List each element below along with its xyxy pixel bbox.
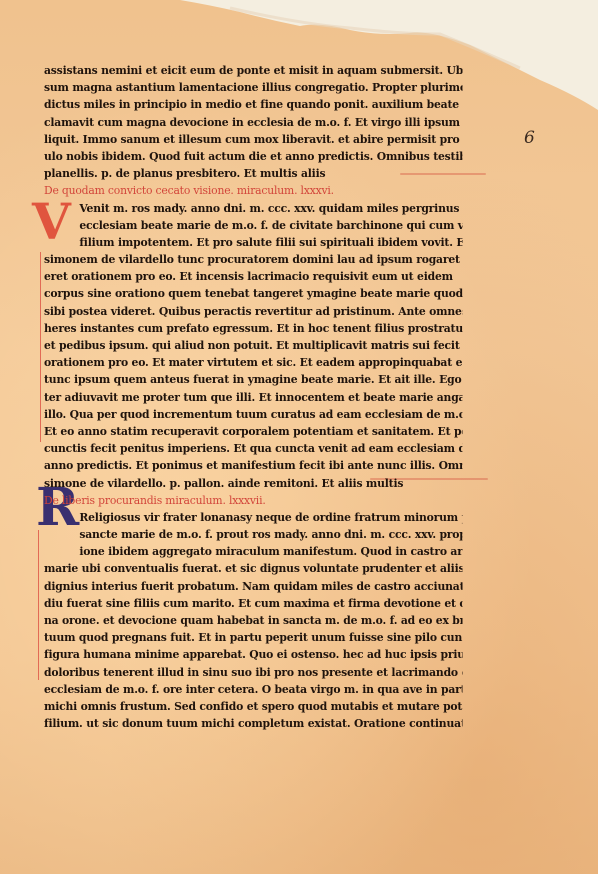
text-line: orationem pro eo. Et mater virtutem et s… bbox=[44, 354, 463, 371]
text-line: doloribus tenerent illud in sinu suo ibi… bbox=[44, 664, 463, 681]
text-line: liquit. Immo sanum et illesum cum mox li… bbox=[44, 131, 463, 148]
text-line: heres instantes cum prefato egressum. Et… bbox=[44, 320, 463, 337]
text-line: ulo nobis ibidem. Quod fuit actum die et… bbox=[44, 148, 463, 165]
text-line: sancte marie de m.o. f. prout ros mady. … bbox=[44, 526, 463, 543]
red-marginal-flourish-lower bbox=[38, 530, 39, 680]
text-line: clamavit cum magna devocione in ecclesia… bbox=[44, 114, 463, 131]
text-line: dignius interius fuerit probatum. Nam qu… bbox=[44, 578, 463, 595]
text-line: simonem de vilardello tunc procuratorem … bbox=[44, 251, 463, 268]
text-line: planellis. p. de planus presbitero. Et m… bbox=[44, 165, 463, 182]
text-line: anno predictis. Et ponimus et manifestiu… bbox=[44, 457, 463, 474]
red-marginal-flourish bbox=[40, 252, 41, 442]
text-line: dictus miles in principio in medio et fi… bbox=[44, 96, 463, 113]
text-line: ecclesiam de m.o. f. ore inter cetera. O… bbox=[44, 681, 463, 698]
text-line: ione ibidem aggregato miraculum manifest… bbox=[44, 543, 463, 560]
text-line: Venit m. ros mady. anno dni. m. ccc. xxv… bbox=[44, 200, 463, 217]
text-line: michi omnis frustum. Sed confido et sper… bbox=[44, 698, 463, 715]
text-line: ter adiuvavit me proter tum que illi. Et… bbox=[44, 389, 463, 406]
rubric-heading: De quodam convicto cecato visione. mirac… bbox=[44, 182, 463, 199]
text-line: assistans nemini et eicit eum de ponte e… bbox=[44, 62, 463, 79]
text-line: na orone. et devocione quam habebat in s… bbox=[44, 612, 463, 629]
text-line: marie ubi conventualis fuerat. et sic di… bbox=[44, 560, 463, 577]
parchment-page: 6 V R assistans nemini et eicit eum de p… bbox=[0, 0, 598, 874]
text-line: eret orationem pro eo. Et incensis lacri… bbox=[44, 268, 463, 285]
text-line: illo. Qua per quod incrementum tuum cura… bbox=[44, 406, 463, 423]
text-line: diu fuerat sine filiis cum marito. Et cu… bbox=[44, 595, 463, 612]
text-line: figura humana minime apparebat. Quo ei o… bbox=[44, 646, 463, 663]
text-line: tuum quod pregnans fuit. Et in partu pep… bbox=[44, 629, 463, 646]
text-line: cunctis fecit penitus imperiens. Et qua … bbox=[44, 440, 463, 457]
text-line: Et eo anno statim recuperavit corporalem… bbox=[44, 423, 463, 440]
rubric-heading: De liberis procurandis miraculum. lxxxvi… bbox=[44, 492, 463, 509]
text-line: sum magna astantium lamentacione illius … bbox=[44, 79, 463, 96]
manuscript-text-block: assistans nemini et eicit eum de ponte e… bbox=[44, 62, 494, 732]
text-line: simone de vilardello. p. pallon. ainde r… bbox=[44, 475, 463, 492]
text-line: ecclesiam beate marie de m.o. f. de civi… bbox=[44, 217, 463, 234]
text-line: et pedibus ipsum. qui aliud non potuit. … bbox=[44, 337, 463, 354]
text-line: sibi postea videret. Quibus peractis rev… bbox=[44, 303, 463, 320]
text-line: filium impotentem. Et pro salute filii s… bbox=[44, 234, 463, 251]
text-line: Religiosus vir frater lonanasy neque de … bbox=[44, 509, 463, 526]
text-line: corpus sine orationo quem tenebat tanger… bbox=[44, 285, 463, 302]
text-line: tunc ipsum quem anteus fuerat in ymagine… bbox=[44, 371, 463, 388]
text-line: filium. ut sic donum tuum michi completu… bbox=[44, 715, 463, 732]
folio-number: 6 bbox=[524, 128, 535, 148]
